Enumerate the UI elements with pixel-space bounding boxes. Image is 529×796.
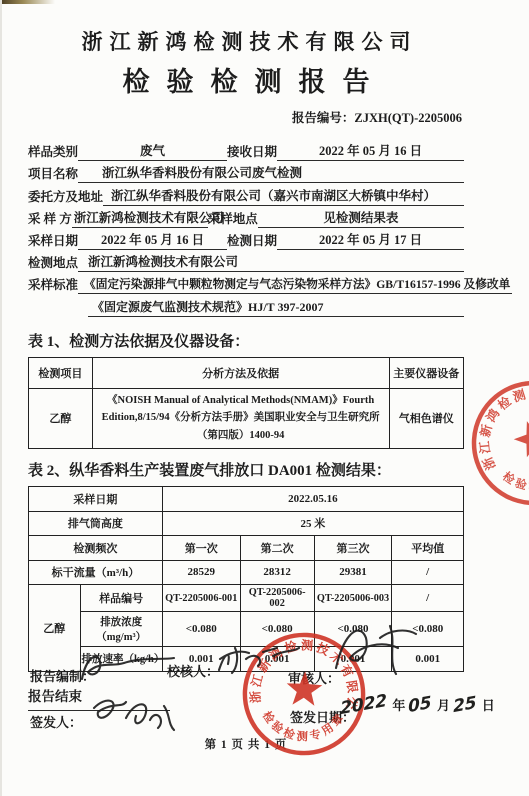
info-row-test-site: 检测地点 浙江新鸿检测技术有限公司	[28, 250, 464, 272]
method-th-item: 检测项目	[29, 357, 93, 388]
method-table: 检测项目 分析方法及依据 主要仪器设备 乙醇 《NOISH Manual of …	[28, 357, 464, 450]
method-table-header-row: 检测项目 分析方法及依据 主要仪器设备	[29, 357, 464, 388]
report-number-value: ZJXH(QT)-2205006	[354, 111, 462, 125]
report-page: 浙江新鸿检测技术有限公司 检验检测报告 报告编号：ZJXH(QT)-220500…	[0, 0, 529, 796]
method-instrument-cell: 气相色谱仪	[389, 388, 463, 449]
checked-by-signature	[213, 642, 305, 682]
results-row-stack: 排气筒高度 25 米	[29, 511, 464, 536]
scan-artifact	[0, 0, 58, 4]
client-value: 浙江纵华香料股份有限公司（嘉兴市南湖区大桥镇中华村）	[103, 186, 464, 206]
stamp-caption-text: 检验检测专用章	[258, 707, 347, 746]
results-date-label: 采样日期	[29, 487, 163, 512]
results-row-sample-id: 乙醇 样品编号 QT-2205006-001 QT-2205006-002 QT…	[29, 585, 464, 612]
results-stack-label: 排气筒高度	[29, 511, 163, 536]
method-th-method: 分析方法及依据	[92, 357, 389, 388]
sample-type-value: 废气	[78, 141, 227, 161]
sample-id-3: QT-2205006-003	[314, 585, 392, 612]
method-method-cell: 《NOISH Manual of Analytical Methods(NMAM…	[92, 388, 389, 449]
report-info-section: 样品类别 废气 接收日期 2022 年 05 月 16 日 项目名称 浙江纵华香…	[28, 139, 464, 317]
receive-date-label: 接收日期	[227, 142, 277, 161]
standard-label: 采样标准	[28, 275, 78, 294]
reviewed-by-signature	[326, 620, 422, 682]
sampling-date-label: 采样日期	[28, 231, 78, 250]
issue-date-day-unit: 日	[482, 695, 495, 714]
sampling-site-label: 采样地点	[208, 209, 258, 228]
sample-type-label: 样品类别	[28, 142, 78, 161]
results-stack-value: 25 米	[162, 511, 463, 536]
results-row-frequency: 检测频次 第一次 第二次 第三次 平均值	[29, 536, 464, 561]
issued-by-signature	[86, 692, 194, 740]
test-site-label: 检测地点	[28, 253, 78, 272]
standard-2-value: 《固定源废气监测技术规范》HJ/T 397-2007	[88, 298, 464, 317]
results-frequency-label: 检测频次	[29, 536, 163, 561]
sample-id-avg: /	[392, 585, 464, 612]
scan-left-edge	[0, 0, 2, 796]
project-value: 浙江纵华香料股份有限公司废气检测	[78, 163, 464, 183]
flow-3: 29381	[314, 560, 392, 585]
flow-1: 28529	[162, 560, 240, 585]
test-date-label: 检测日期	[227, 231, 277, 250]
report-number: 报告编号：ZJXH(QT)-2205006	[28, 108, 464, 126]
frequency-2: 第二次	[240, 536, 314, 561]
flow-2: 28312	[240, 560, 314, 585]
svg-text:检验检测专用章: 检验检测专用章	[258, 707, 347, 746]
issue-date-month-unit: 月	[437, 695, 450, 714]
edge-stamp-star-icon	[510, 416, 529, 460]
issued-by-label: 签发人：	[30, 712, 82, 731]
issue-date-year: 2022	[340, 691, 387, 719]
prepared-by-signature	[72, 647, 180, 689]
client-label: 委托方及地址	[28, 187, 103, 206]
results-date-value: 2022.05.16	[162, 487, 463, 512]
frequency-3: 第三次	[314, 536, 392, 561]
method-item-cell: 乙醇	[29, 388, 93, 449]
issue-date: 2022 年 05 月 25 日	[340, 695, 498, 715]
flow-label: 标干流量（m³/h）	[29, 560, 163, 585]
sampling-site-value: 见检测结果表	[258, 208, 464, 228]
info-row-project: 项目名称 浙江纵华香料股份有限公司废气检测	[28, 161, 464, 183]
frequency-1: 第一次	[162, 536, 240, 561]
info-row-sample-type: 样品类别 废气 接收日期 2022 年 05 月 16 日	[28, 139, 464, 161]
method-th-instrument: 主要仪器设备	[389, 357, 463, 388]
company-name: 浙江新鸿检测技术有限公司	[28, 26, 464, 56]
test-site-value: 浙江新鸿检测技术有限公司	[78, 252, 464, 272]
info-row-sampler: 采 样 方 浙江新鸿检测技术有限公司 采样地点 见检测结果表	[28, 206, 464, 228]
issue-date-year-unit: 年	[392, 695, 405, 714]
project-label: 项目名称	[28, 164, 78, 183]
page-title: 检验检测报告	[28, 60, 464, 99]
sampler-value: 浙江新鸿检测技术有限公司	[72, 208, 208, 228]
table1-title: 表 1、检测方法依据及仪器设备：	[28, 330, 464, 351]
sampler-label: 采 样 方	[28, 209, 72, 228]
table2-title: 表 2、纵华香料生产装置废气排放口 DA001 检测结果：	[28, 459, 464, 480]
issue-date-day: 25	[453, 693, 477, 717]
flow-avg: /	[392, 560, 464, 585]
receive-date-value: 2022 年 05 月 16 日	[277, 141, 464, 161]
results-row-flow: 标干流量（m³/h） 28529 28312 29381 /	[29, 560, 464, 585]
sample-id-label: 样品编号	[80, 585, 162, 612]
sample-id-2: QT-2205006-002	[240, 585, 314, 612]
issue-date-month: 05	[408, 693, 432, 717]
test-date-value: 2022 年 05 月 17 日	[277, 230, 464, 250]
info-row-standard-2: 《固定源废气监测技术规范》HJ/T 397-2007	[28, 294, 464, 316]
info-row-standard-1: 采样标准 《固定污染源排气中颗粒物测定与气态污染物采样方法》GB/T16157-…	[28, 272, 464, 294]
info-row-sampling-date: 采样日期 2022 年 05 月 16 日 检测日期 2022 年 05 月 1…	[28, 228, 464, 250]
standard-1-value: 《固定污染源排气中颗粒物测定与气态污染物采样方法》GB/T16157-1996 …	[78, 276, 512, 294]
method-table-row: 乙醇 《NOISH Manual of Analytical Methods(N…	[29, 388, 464, 449]
info-row-client: 委托方及地址 浙江纵华香料股份有限公司（嘉兴市南湖区大桥镇中华村）	[28, 183, 464, 205]
report-number-label: 报告编号：	[292, 111, 355, 125]
results-row-date: 采样日期 2022.05.16	[29, 487, 464, 512]
concentration-label: 排放浓度（mg/m³）	[80, 612, 162, 647]
frequency-avg: 平均值	[392, 536, 464, 561]
sampling-date-value: 2022 年 05 月 16 日	[78, 230, 227, 250]
sample-id-1: QT-2205006-001	[162, 585, 240, 612]
